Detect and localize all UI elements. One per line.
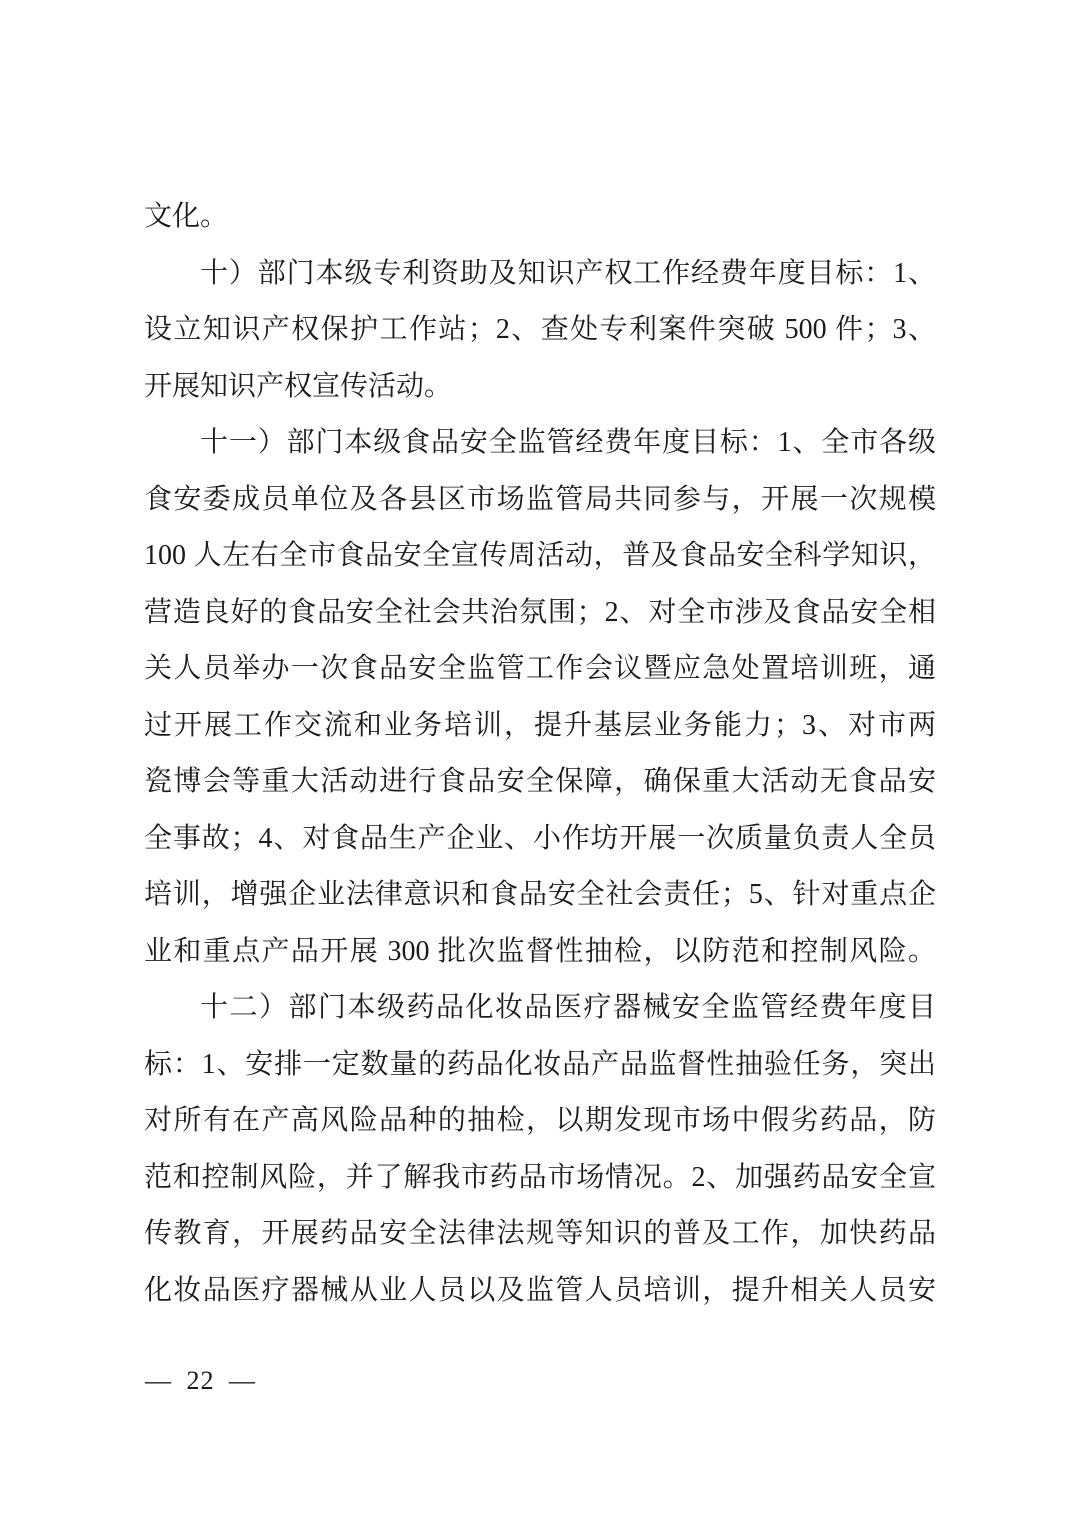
text-line: 过开展工作交流和业务培训，提升基层业务能力；3、对市两会、 — [144, 698, 936, 755]
text-line: 食安委成员单位及各县区市场监管局共同参与，开展一次规模 — [144, 472, 936, 529]
text-line: 对所有在产高风险品种的抽检，以期发现市场中假劣药品，防 — [144, 1093, 936, 1150]
document-body: 文化。 十）部门本级专利资助及知识产权工作经费年度目标：1、 设立知识产权保护工… — [144, 189, 936, 1319]
text-line: 十二）部门本级药品化妆品医疗器械安全监管经费年度目 — [144, 980, 936, 1037]
text-line: 培训，增强企业法律意识和食品安全社会责任；5、针对重点企 — [144, 867, 936, 924]
text-line: 化妆品医疗器械从业人员以及监管人员培训，提升相关人员安 — [144, 1263, 936, 1320]
text-line: 营造良好的食品安全社会共治氛围；2、对全市涉及食品安全相 — [144, 585, 936, 642]
text-line: 业和重点产品开展 300 批次监督性抽检，以防范和控制风险。 — [144, 924, 936, 981]
text-line: 范和控制风险，并了解我市药品市场情况。2、加强药品安全宣 — [144, 1150, 936, 1207]
text-line: 瓷博会等重大活动进行食品安全保障，确保重大活动无食品安 — [144, 754, 936, 811]
page-number: — 22 — — [145, 1366, 256, 1396]
text-line: 传教育，开展药品安全法律法规等知识的普及工作，加快药品 — [144, 1206, 936, 1263]
text-line: 全事故；4、对食品生产企业、小作坊开展一次质量负责人全员 — [144, 811, 936, 868]
text-line: 十一）部门本级食品安全监管经费年度目标：1、全市各级 — [144, 415, 936, 472]
text-line: 十）部门本级专利资助及知识产权工作经费年度目标：1、 — [144, 246, 936, 303]
text-line: 文化。 — [144, 189, 936, 246]
text-line: 100 人左右全市食品安全宣传周活动，普及食品安全科学知识， — [144, 528, 936, 585]
document-page: 文化。 十）部门本级专利资助及知识产权工作经费年度目标：1、 设立知识产权保护工… — [0, 0, 1074, 1520]
text-line: 设立知识产权保护工作站；2、查处专利案件突破 500 件；3、 — [144, 302, 936, 359]
text-line: 关人员举办一次食品安全监管工作会议暨应急处置培训班，通 — [144, 641, 936, 698]
text-line: 标：1、安排一定数量的药品化妆品产品监督性抽验任务，突出 — [144, 1037, 936, 1094]
text-line: 开展知识产权宣传活动。 — [144, 359, 936, 416]
